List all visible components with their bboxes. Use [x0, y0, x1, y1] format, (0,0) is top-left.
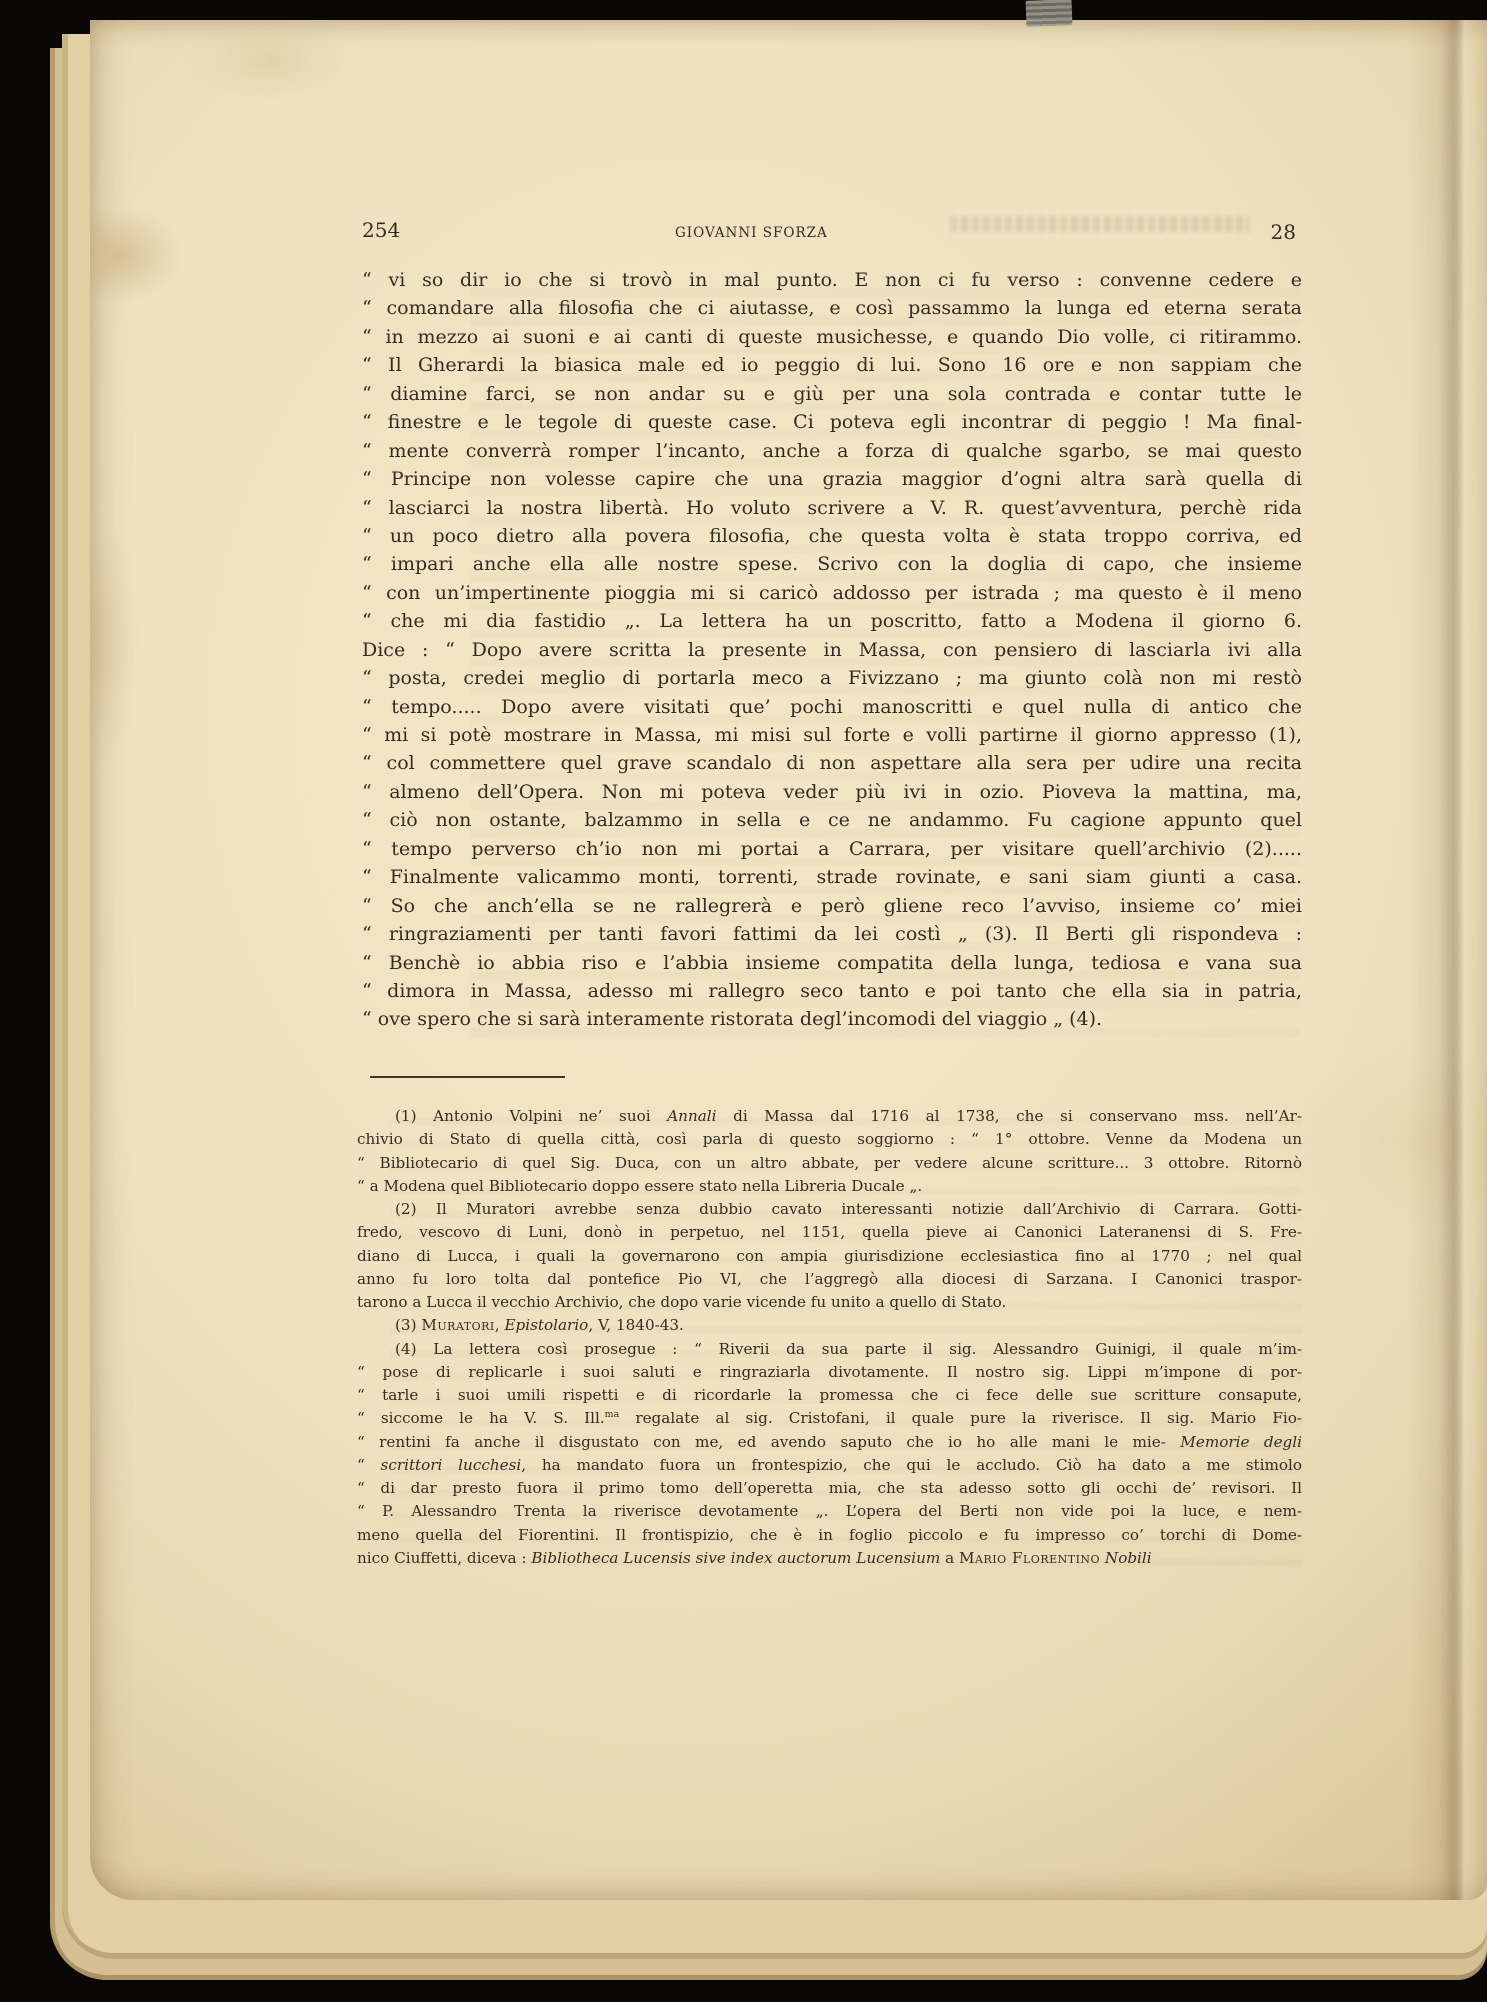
text-line: “ vi so dir io che si trovò in mal punto…: [362, 266, 1302, 294]
text-line: “ ringraziamenti per tanti favori fattim…: [362, 920, 1302, 948]
text-line: “ in mezzo ai suoni e ai canti di queste…: [362, 323, 1302, 351]
text-line: meno quella del Fiorentini. Il frontispi…: [357, 1524, 1302, 1547]
text-line: “ comandare alla filosofia che ci aiutas…: [362, 294, 1302, 322]
text-line: “ a Modena quel Bibliotecario doppo esse…: [357, 1175, 1302, 1198]
photo-background: { "page_header": { "number_left": "254",…: [0, 0, 1487, 2002]
text-line: “ scrittori lucchesi, ha mandato fuora u…: [357, 1454, 1302, 1477]
page-gutter-shadow: [1407, 20, 1487, 1900]
text-line: “ ciò non ostante, balzammo in sella e c…: [362, 806, 1302, 834]
text-line: “ tempo..... Dopo avere visitati que’ po…: [362, 693, 1302, 721]
text-line: “ diamine farci, se non andar su e giù p…: [362, 380, 1302, 408]
text-line: “ P. Alessandro Trenta la riverisce devo…: [357, 1500, 1302, 1523]
text-line: “ lasciarci la nostra libertà. Ho voluto…: [362, 494, 1302, 522]
page-number-right: 28: [1271, 220, 1296, 244]
text-line: (4) La lettera così prosegue : “ Riverii…: [357, 1338, 1302, 1361]
running-title: GIOVANNI SFORZA: [675, 225, 828, 241]
text-line: “ di dar presto fuora il primo tomo dell…: [357, 1477, 1302, 1500]
text-line: “ So che anch’ella se ne rallegrerà e pe…: [362, 892, 1302, 920]
text-line: “ tarle i suoi umili rispetti e di ricor…: [357, 1384, 1302, 1407]
text-line: “ posta, credei meglio di portarla meco …: [362, 664, 1302, 692]
text-line: “ almeno dell’Opera. Non mi poteva veder…: [362, 778, 1302, 806]
text-line: “ rentini fa anche il disgustato con me,…: [357, 1431, 1302, 1454]
page-number-left: 254: [362, 218, 400, 242]
text-line: diano di Lucca, i quali la governarono c…: [357, 1245, 1302, 1268]
text-line: “ un poco dietro alla povera filosofia, …: [362, 522, 1302, 550]
text-line: chivio di Stato di quella città, così pa…: [357, 1128, 1302, 1151]
book-page: 254 GIOVANNI SFORZA 28 “ vi so dir io ch…: [90, 20, 1487, 1900]
text-line: “ pose di replicarle i suoi saluti e rin…: [357, 1361, 1302, 1384]
text-line: “ mente converrà romper l’incanto, anche…: [362, 437, 1302, 465]
text-line: “ Il Gherardi la biasica male ed io pegg…: [362, 351, 1302, 379]
text-line: fredo, vescovo di Luni, donò in perpetuo…: [357, 1221, 1302, 1244]
text-line: “ impari anche ella alle nostre spese. S…: [362, 550, 1302, 578]
text-line: “ Finalmente valicammo monti, torrenti, …: [362, 863, 1302, 891]
text-line: “ che mi dia fastidio „. La lettera ha u…: [362, 607, 1302, 635]
footnote-separator-rule: [370, 1076, 565, 1078]
page-header: 254 GIOVANNI SFORZA 28: [362, 218, 1302, 252]
text-line: “ col commettere quel grave scandalo di …: [362, 749, 1302, 777]
text-line: “ ove spero che si sarà interamente rist…: [362, 1005, 1302, 1033]
text-line: “ Bibliotecario di quel Sig. Duca, con u…: [357, 1152, 1302, 1175]
text-line: anno fu loro tolta dal pontefice Pio VI,…: [357, 1268, 1302, 1291]
text-line: “ finestre e le tegole di queste case. C…: [362, 408, 1302, 436]
text-line: “ Principe non volesse capire che una gr…: [362, 465, 1302, 493]
text-line: Dice : “ Dopo avere scritta la presente …: [362, 636, 1302, 664]
binding-fabric-tab: [1026, 0, 1073, 27]
text-line: “ con un’impertinente pioggia mi si cari…: [362, 579, 1302, 607]
text-line: (3) Muratori, Epistolario, V, 1840-43.: [357, 1314, 1302, 1337]
text-line: “ mi si potè mostrare in Massa, mi misi …: [362, 721, 1302, 749]
text-line: (2) Il Muratori avrebbe senza dubbio cav…: [357, 1198, 1302, 1221]
text-line: “ dimora in Massa, adesso mi rallegro se…: [362, 977, 1302, 1005]
text-line: nico Ciuffetti, diceva : Bibliotheca Luc…: [357, 1547, 1302, 1570]
text-line: “ siccome le ha V. S. Ill.ma regalate al…: [357, 1407, 1302, 1430]
text-line: “ tempo perverso ch’io non mi portai a C…: [362, 835, 1302, 863]
text-line: “ Benchè io abbia riso e l’abbia insieme…: [362, 949, 1302, 977]
main-text-block: “ vi so dir io che si trovò in mal punto…: [362, 266, 1302, 1034]
footnotes-block: (1) Antonio Volpini ne’ suoi Annali di M…: [357, 1105, 1302, 1570]
text-line: (1) Antonio Volpini ne’ suoi Annali di M…: [357, 1105, 1302, 1128]
text-line: tarono a Lucca il vecchio Archivio, che …: [357, 1291, 1302, 1314]
